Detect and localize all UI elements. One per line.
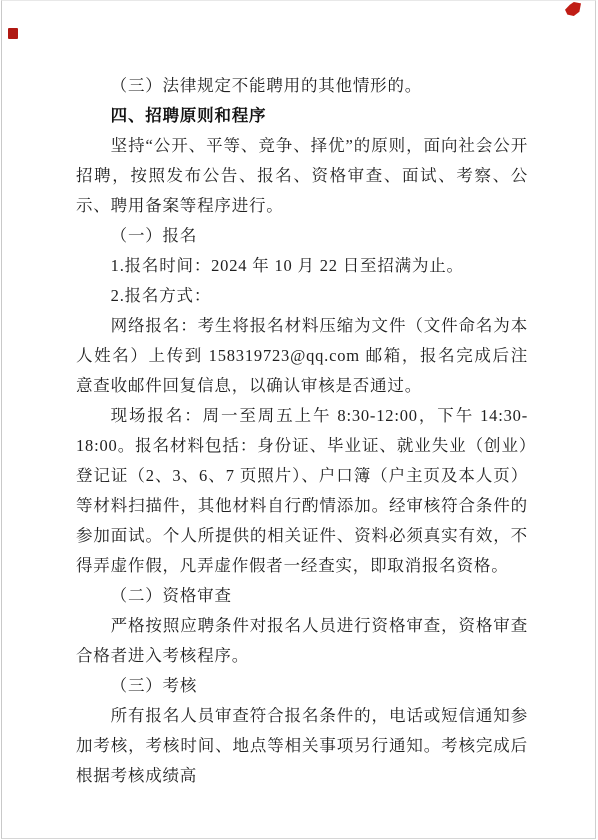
document-page: （三）法律规定不能聘用的其他情形的。 四、招聘原则和程序 坚持“公开、平等、竞争… [1,0,596,839]
paragraph-registration-time: 1.报名时间：2024 年 10 月 22 日至招满为止。 [76,251,528,281]
document-body: （三）法律规定不能聘用的其他情形的。 四、招聘原则和程序 坚持“公开、平等、竞争… [76,71,528,791]
paragraph-qualification-review: 严格按照应聘条件对报名人员进行资格审查，资格审查合格者进入考核程序。 [76,611,528,671]
paragraph-onsite-registration-and-materials: 现场报名：周一至周五上午 8:30-12:00，下午 14:30-18:00。报… [76,401,528,581]
subsection-heading-qualification-review: （二）资格审查 [76,581,528,611]
paragraph-registration-method-label: 2.报名方式： [76,281,528,311]
paragraph-online-registration: 网络报名：考生将报名材料压缩为文件（文件命名为本人姓名）上传到 15831972… [76,311,528,401]
subsection-heading-assessment: （三）考核 [76,671,528,701]
section-heading-recruitment-principles: 四、招聘原则和程序 [76,101,528,131]
paragraph-assessment-notice: 所有报名人员审查符合报名条件的，电话或短信通知参加考核，考核时间、地点等相关事项… [76,701,528,791]
paragraph-principles-overview: 坚持“公开、平等、竞争、择优”的原则，面向社会公开招聘，按照发布公告、报名、资格… [76,131,528,221]
red-scan-mark-top-right-icon [565,2,581,16]
subsection-heading-registration: （一）报名 [76,221,528,251]
red-scan-mark-top-left-icon [8,28,18,39]
paragraph-other-disqualifying-circumstances: （三）法律规定不能聘用的其他情形的。 [76,71,528,101]
